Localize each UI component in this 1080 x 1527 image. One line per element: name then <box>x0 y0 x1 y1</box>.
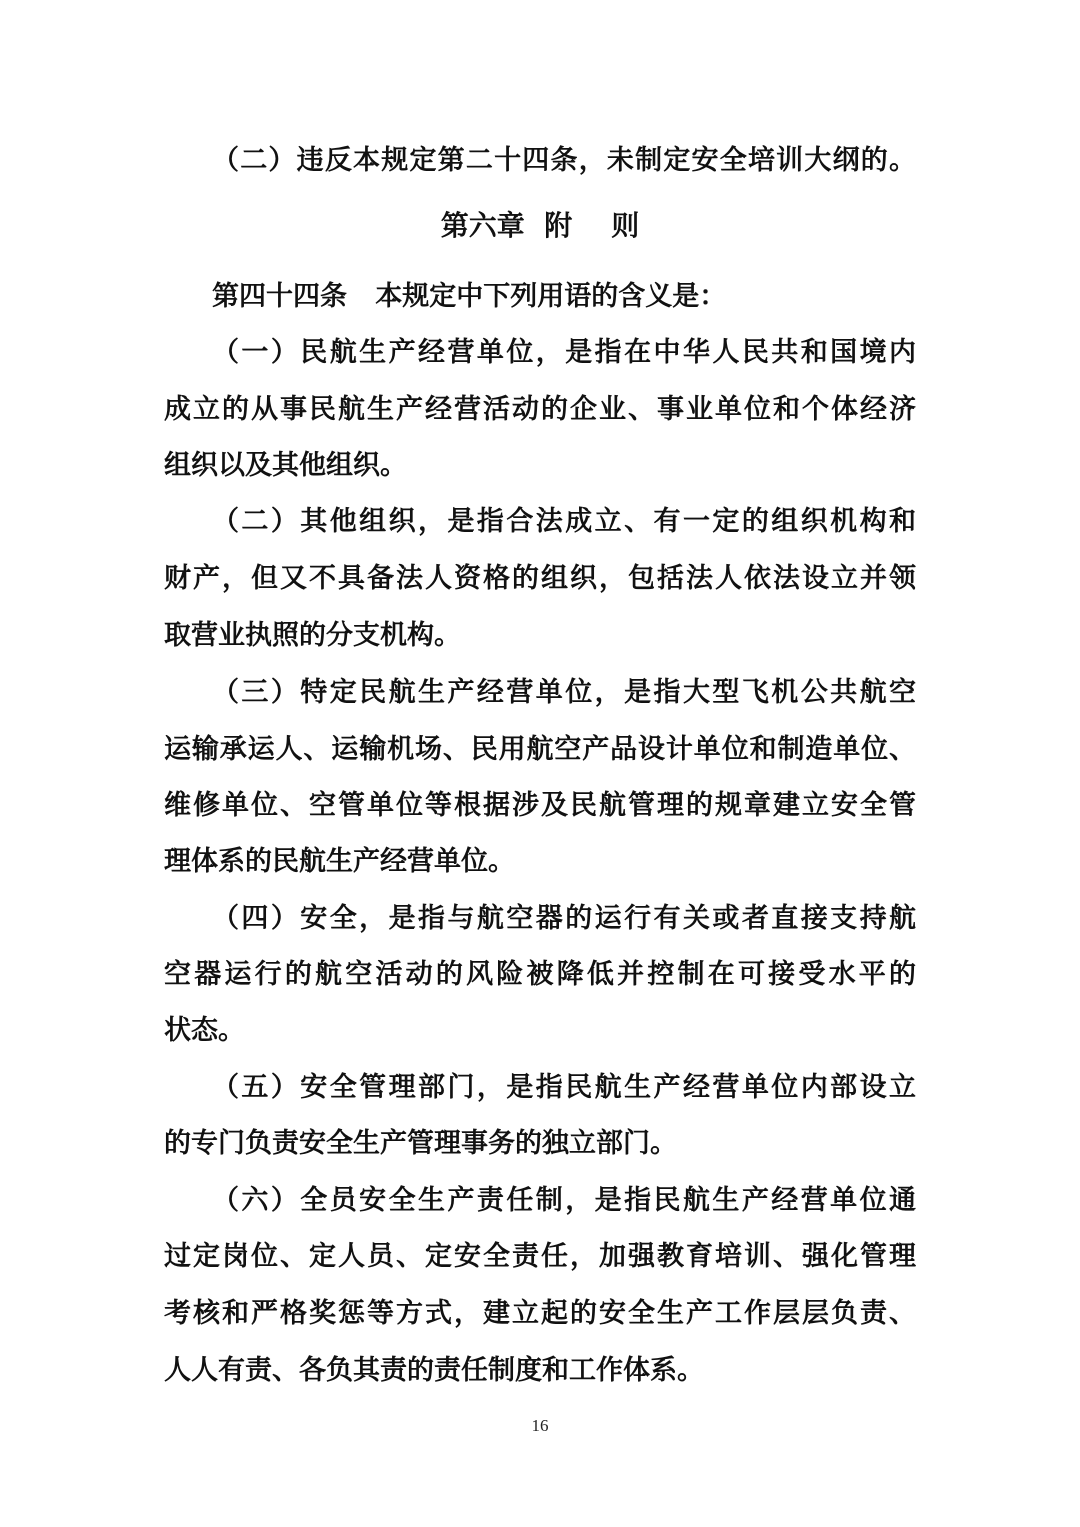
definition-5-line-1: （五）安全管理部门，是指民航生产经营单位内部设立 <box>212 1068 916 1108</box>
article-title: 第四十四条 本规定中下列用语的含义是： <box>212 277 916 317</box>
definition-2-line-2: 财产，但又不具备法人资格的组织，包括法人依法设立并领 <box>164 559 916 599</box>
definition-3-line-2: 运输承运人、运输机场、民用航空产品设计单位和制造单位、 <box>164 730 916 770</box>
definition-3-line-3: 维修单位、空管单位等根据涉及民航管理的规章建立安全管 <box>164 786 916 826</box>
definition-5-line-2: 的专门负责安全生产管理事务的独立部门。 <box>164 1124 916 1164</box>
definition-1-line-2: 成立的从事民航生产经营活动的企业、事业单位和个体经济 <box>164 390 916 430</box>
definition-6-line-2: 过定岗位、定人员、定安全责任，加强教育培训、强化管理 <box>164 1237 916 1277</box>
definition-4-line-1: （四）安全，是指与航空器的运行有关或者直接支持航 <box>212 899 916 939</box>
definition-1-line-1: （一）民航生产经营单位，是指在中华人民共和国境内 <box>212 333 916 373</box>
page-number: 16 <box>0 1416 1080 1436</box>
definition-1-line-3: 组织以及其他组织。 <box>164 446 916 486</box>
definition-6-line-3: 考核和严格奖惩等方式，建立起的安全生产工作层层负责、 <box>164 1294 916 1334</box>
definition-2-line-1: （二）其他组织，是指合法成立、有一定的组织机构和 <box>212 502 916 542</box>
definition-6-line-4: 人人有责、各负其责的责任制度和工作体系。 <box>164 1351 916 1391</box>
definition-3-line-1: （三）特定民航生产经营单位，是指大型飞机公共航空 <box>212 673 916 713</box>
definition-4-line-3: 状态。 <box>164 1011 916 1051</box>
definition-3-line-4: 理体系的民航生产经营单位。 <box>164 842 916 882</box>
document-page: （二）违反本规定第二十四条，未制定安全培训大纲的。 第六章 附 则 第四十四条 … <box>0 0 1080 1527</box>
chapter-heading: 第六章 附 则 <box>0 206 1080 246</box>
definition-4-line-2: 空器运行的航空活动的风险被降低并控制在可接受水平的 <box>164 955 916 995</box>
prev-item-line: （二）违反本规定第二十四条，未制定安全培训大纲的。 <box>212 141 916 181</box>
definition-6-line-1: （六）全员安全生产责任制，是指民航生产经营单位通 <box>212 1181 916 1221</box>
definition-2-line-3: 取营业执照的分支机构。 <box>164 616 916 656</box>
